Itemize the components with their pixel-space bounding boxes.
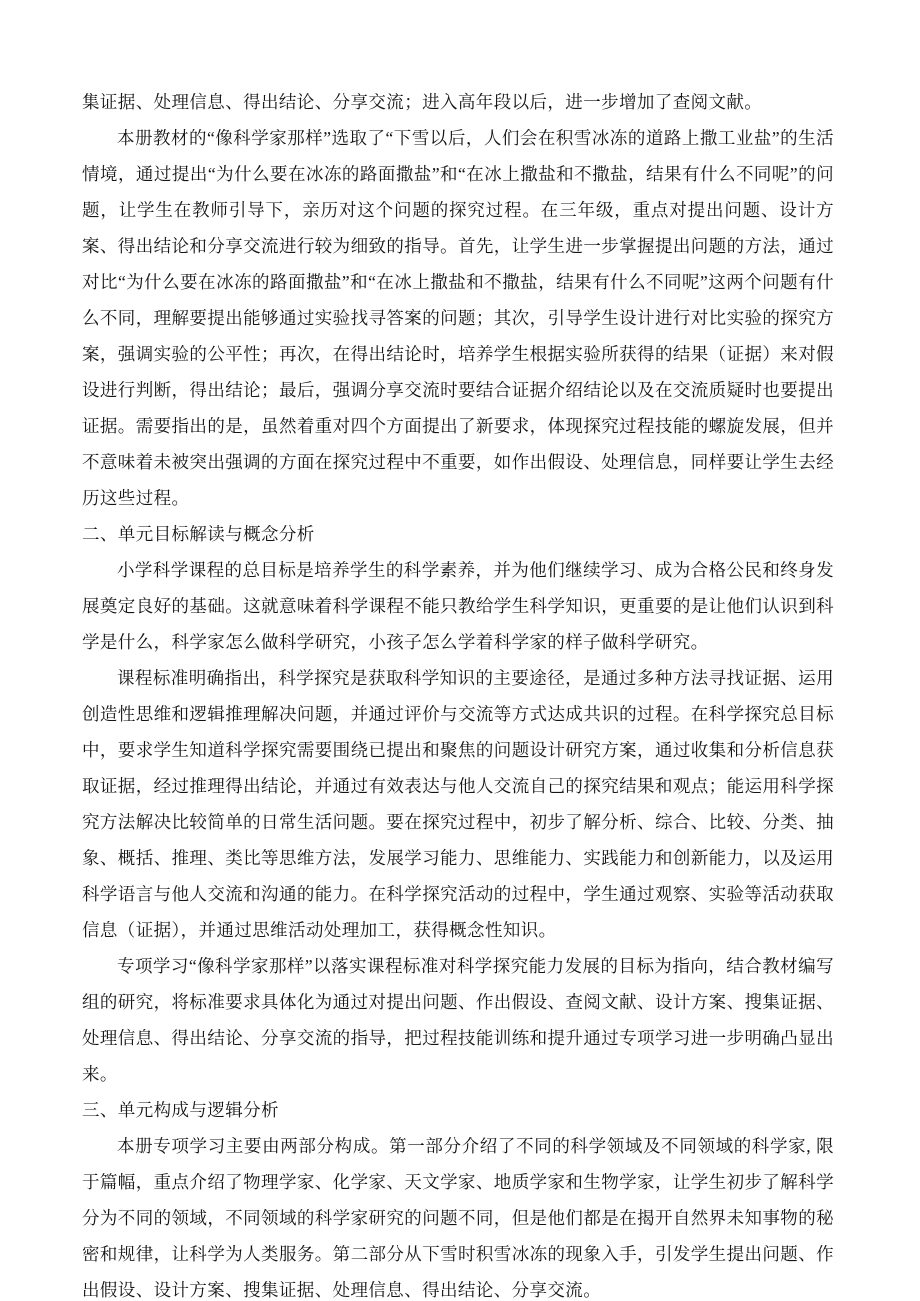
paragraph-two-parts: 本册专项学习主要由两部分构成。第一部分介绍了不同的科学领域及不同领域的科学家, … <box>82 1128 834 1301</box>
section-heading-unit-structure: 三、单元构成与逻辑分析 <box>82 1092 834 1128</box>
document-page: 集证据、处理信息、得出结论、分享交流；进入高年段以后，进一步增加了查阅文献。 本… <box>0 0 920 1301</box>
paragraph-textbook-selection: 本册教材的“像科学家那样”选取了“下雪以后，人们会在积雪冰冻的道路上撒工业盐”的… <box>82 120 834 516</box>
paragraph-continuation-intro: 集证据、处理信息、得出结论、分享交流；进入高年段以后，进一步增加了查阅文献。 <box>82 84 834 120</box>
paragraph-science-literacy: 小学科学课程的总目标是培养学生的科学素养，并为他们继续学习、成为合格公民和终身发… <box>82 552 834 660</box>
section-heading-unit-goals: 二、单元目标解读与概念分析 <box>82 516 834 552</box>
paragraph-curriculum-standard: 课程标准明确指出，科学探究是获取科学知识的主要途径，是通过多种方法寻找证据、运用… <box>82 660 834 948</box>
paragraph-special-learning: 专项学习“像科学家那样”以落实课程标准对科学探究能力发展的目标为指向，结合教材编… <box>82 948 834 1092</box>
